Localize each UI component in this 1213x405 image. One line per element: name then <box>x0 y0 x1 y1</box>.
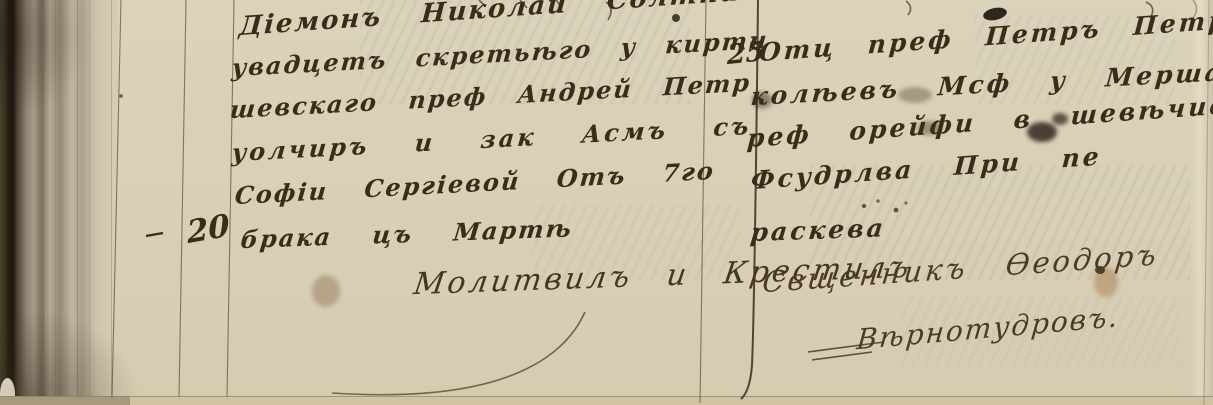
day-number: 20 <box>186 211 231 250</box>
margin-dash-stroke <box>146 233 163 236</box>
manuscript-line: раскева <box>749 215 887 245</box>
scanned-register-page: Діемонъ Николаи Солтниковъ увадцетъ скре… <box>0 0 1213 405</box>
signature-flourish <box>332 312 585 395</box>
